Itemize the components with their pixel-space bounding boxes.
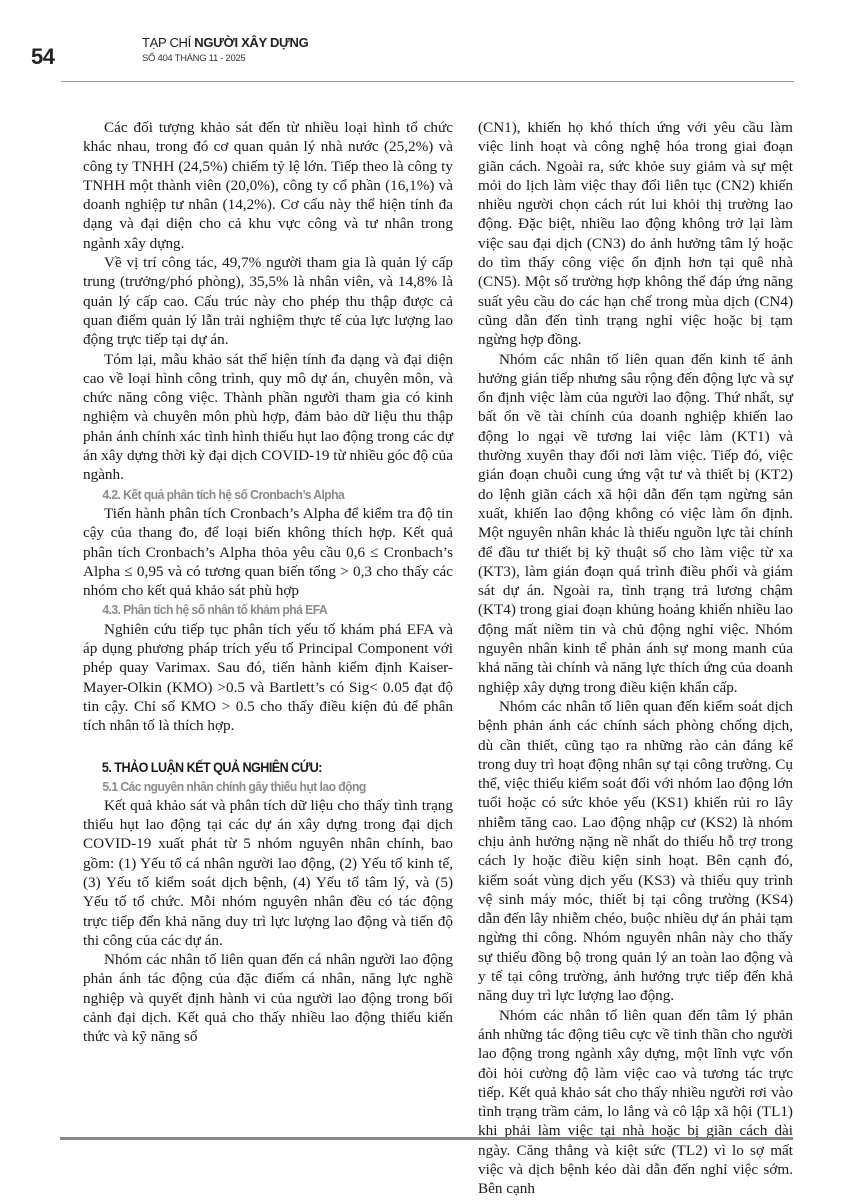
magazine-name: NGƯỜI XÂY DỰNG bbox=[194, 35, 308, 50]
page-number: 54 bbox=[31, 44, 54, 70]
paragraph: Các đối tượng khảo sát đến từ nhiều loại… bbox=[83, 118, 453, 253]
magazine-prefix: TẠP CHÍ bbox=[142, 35, 194, 50]
right-column: (CN1), khiến họ khó thích ứng với yêu cầ… bbox=[478, 118, 793, 1199]
paragraph: Kết quả khảo sát và phân tích dữ liệu ch… bbox=[83, 796, 453, 950]
paragraph: Nhóm các nhân tố liên quan đến kinh tế ả… bbox=[478, 350, 793, 697]
paragraph: Tiến hành phân tích Cronbach’s Alpha để … bbox=[83, 504, 453, 600]
masthead: TẠP CHÍ NGƯỜI XÂY DỰNG SỐ 404 THÁNG 11 -… bbox=[142, 35, 308, 66]
footer-divider bbox=[60, 1137, 793, 1140]
paragraph: Nhóm các nhân tố liên quan đến tâm lý ph… bbox=[478, 1006, 793, 1199]
paragraph: Về vị trí công tác, 49,7% người tham gia… bbox=[83, 253, 453, 349]
magazine-title: TẠP CHÍ NGƯỜI XÂY DỰNG bbox=[142, 35, 308, 51]
left-column: Các đối tượng khảo sát đến từ nhiều loại… bbox=[83, 118, 453, 1047]
subheading-5-1: 5.1 Các nguyên nhân chính gây thiếu hụt … bbox=[83, 777, 423, 796]
subheading-4-3: 4.3. Phân tích hệ số nhân tố khám phá EF… bbox=[83, 600, 423, 619]
paragraph: Tóm lại, mẫu khảo sát thể hiện tính đa d… bbox=[83, 350, 453, 485]
paragraph: Nhóm các nhân tố liên quan đến kiểm soát… bbox=[478, 697, 793, 1006]
issue-label: SỐ 404 THÁNG 11 - 2025 bbox=[142, 52, 308, 66]
section-heading-5: 5. THẢO LUẬN KẾT QUẢ NGHIÊN CỨU: bbox=[83, 757, 416, 777]
paragraph: Nhóm các nhân tố liên quan đến cá nhân n… bbox=[83, 950, 453, 1046]
header-divider bbox=[61, 81, 794, 82]
paragraph: (CN1), khiến họ khó thích ứng với yêu cầ… bbox=[478, 118, 793, 350]
subheading-4-2: 4.2. Kết quả phân tích hệ số Cronbach’s … bbox=[83, 485, 423, 504]
paragraph: Nghiên cứu tiếp tục phân tích yếu tố khá… bbox=[83, 620, 453, 736]
